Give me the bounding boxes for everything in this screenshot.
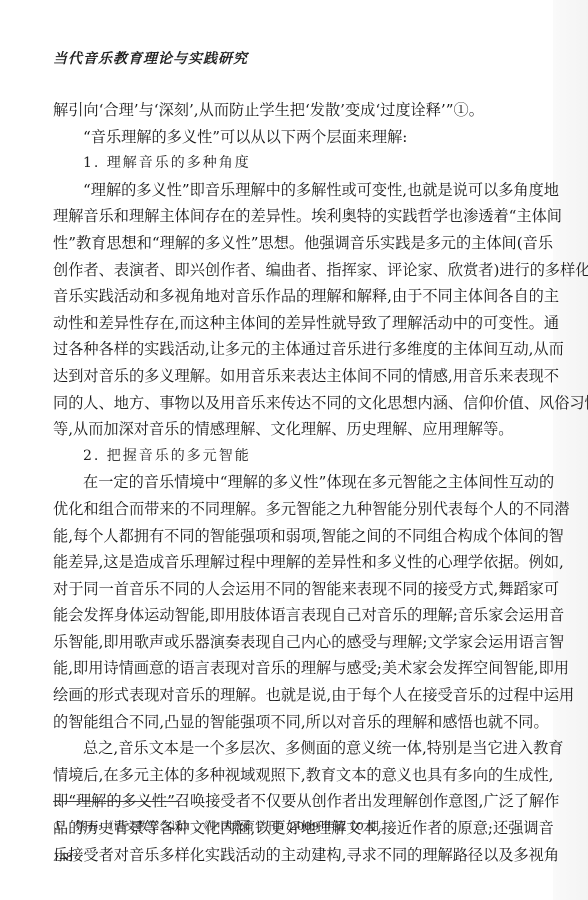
section-heading: 2. 把握音乐的多元智能 — [53, 443, 541, 470]
text-line: 优化和组合而带来的不同理解。多元智能之九种智能分别代表每个人的不同潜 — [53, 496, 541, 523]
text-line: 创作者、表演者、即兴创作者、编曲者、指挥家、评论家、欣赏者)进行的多样化的 — [53, 257, 541, 284]
text-line: 的智能组合不同,凸显的智能强项不同,所以对音乐的理解和感悟也就不同。 — [53, 709, 541, 736]
footnote-rule — [53, 801, 180, 802]
text-line: 性”教育思想和“理解的多义性”思想。他强调音乐实践是多元的主体间(音乐 — [53, 230, 541, 257]
text-line: 能会发挥身体运动智能,即用肢体语言表现自己对音乐的理解;音乐家会运用音 — [53, 602, 541, 629]
text-line: “音乐理解的多义性”可以从以下两个层面来理解: — [53, 124, 541, 151]
footnote-mark: ① — [53, 819, 75, 833]
text-line: 解引向‘合理’与‘深刻’,从而防止学生把‘发散’变成‘过度诠释’”①。 — [53, 97, 541, 124]
footnote: ①蔡春:《语文教学刍议》,《中国教育学刊》2009 年第 10 期。 — [53, 818, 390, 834]
text-line: “理解的多义性”即音乐理解中的多解性或可变性,也就是说可以多角度地 — [53, 177, 541, 204]
text-line: 总之,音乐文本是一个多层次、多侧面的意义统一体,特别是当它进入教育 — [53, 735, 541, 762]
page-edge-shadow — [553, 0, 588, 900]
text-line: 乐接受者对音乐多样化实践活动的主动建构,寻求不同的理解路径以及多视角 — [53, 842, 541, 869]
text-line: 达到对音乐的多义理解。如用音乐来表达主体间不同的情感,用音乐来表现不 — [53, 363, 541, 390]
running-head: 当代音乐教育理论与实践研究 — [53, 48, 248, 68]
text-line: 情境后,在多元主体的多种视域观照下,教育文本的意义也具有多向的生成性, — [53, 762, 541, 789]
text-line: 理解音乐和理解主体间存在的差异性。埃利奥特的实践哲学也渗透着“主体间 — [53, 203, 541, 230]
text-line: 乐智能,即用歌声或乐器演奏表现自己内心的感受与理解;文学家会运用语言智 — [53, 629, 541, 656]
text-line: 等,从而加深对音乐的情感理解、文化理解、历史理解、应用理解等。 — [53, 416, 541, 443]
text-line: 绘画的形式表现对音乐的理解。也就是说,由于每个人在接受音乐的过程中运用 — [53, 682, 541, 709]
page-number: 148 — [53, 849, 73, 865]
text-line: 同的人、地方、事物以及用音乐来传达不同的文化思想内涵、信仰价值、风俗习惯 — [53, 390, 541, 417]
section-heading: 1. 理解音乐的多种角度 — [53, 150, 541, 177]
text-line: 过各种各样的实践活动,让多元的主体通过音乐进行多维度的主体间互动,从而 — [53, 336, 541, 363]
body-text: 解引向‘合理’与‘深刻’,从而防止学生把‘发散’变成‘过度诠释’”①。“音乐理解… — [53, 97, 541, 868]
text-line: 音乐实践活动和多视角地对音乐作品的理解和解释,由于不同主体间各自的主 — [53, 283, 541, 310]
text-line: 能差异,这是造成音乐理解过程中理解的差异性和多义性的心理学依据。例如, — [53, 549, 541, 576]
text-line: 在一定的音乐情境中“理解的多义性”体现在多元智能之主体间性互动的 — [53, 469, 541, 496]
text-line: 能,每个人都拥有不同的智能强项和弱项,智能之间的不同组合构成个体间的智 — [53, 523, 541, 550]
text-line: 能,即用诗情画意的语言表现对音乐的理解与感受;美术家会发挥空间智能,即用 — [53, 655, 541, 682]
footnote-text: 蔡春:《语文教学刍议》,《中国教育学刊》2009 年第 10 期。 — [75, 819, 390, 833]
text-line: 动性和差异性存在,而这种主体间的差异性就导致了理解活动中的可变性。通 — [53, 310, 541, 337]
text-line: 对于同一首音乐不同的人会运用不同的智能来表现不同的接受方式,舞蹈家可 — [53, 576, 541, 603]
